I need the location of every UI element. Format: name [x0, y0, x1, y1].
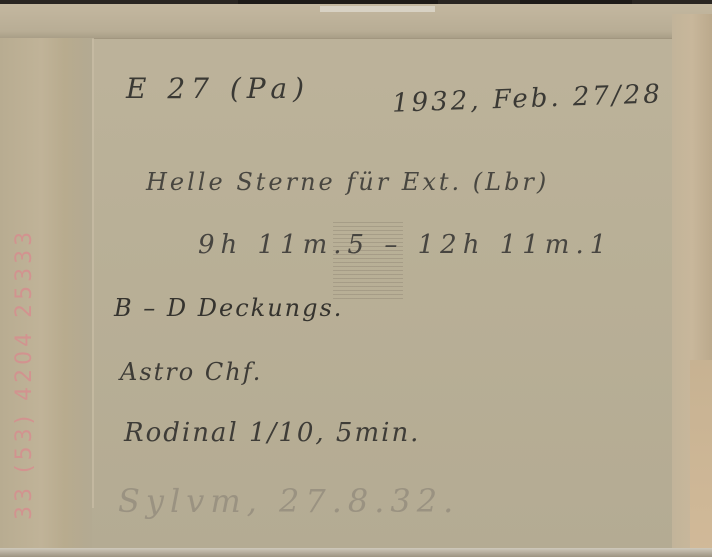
exposure-time: 9h 11m.5 – 12h 11m.1: [198, 230, 612, 260]
envelope-right-fold-lower: [690, 360, 712, 553]
note-line-3: B – D Deckungs.: [114, 294, 343, 322]
note-line-4: Astro Chf.: [120, 358, 262, 386]
seam-edge: [92, 38, 94, 508]
faint-pencil-note: Sylvm, 27.8.32.: [118, 482, 459, 520]
envelope-bottom-edge: [0, 548, 712, 557]
top-light-strip: [320, 6, 435, 12]
red-margin-annotation: 33 (53) 4204 25333: [12, 0, 42, 520]
developer-note: Rodinal 1/10, 5min.: [124, 418, 420, 448]
object-description: Helle Sterne für Ext. (Lbr): [146, 168, 549, 196]
plate-id: E 27 (Pa): [126, 72, 310, 105]
